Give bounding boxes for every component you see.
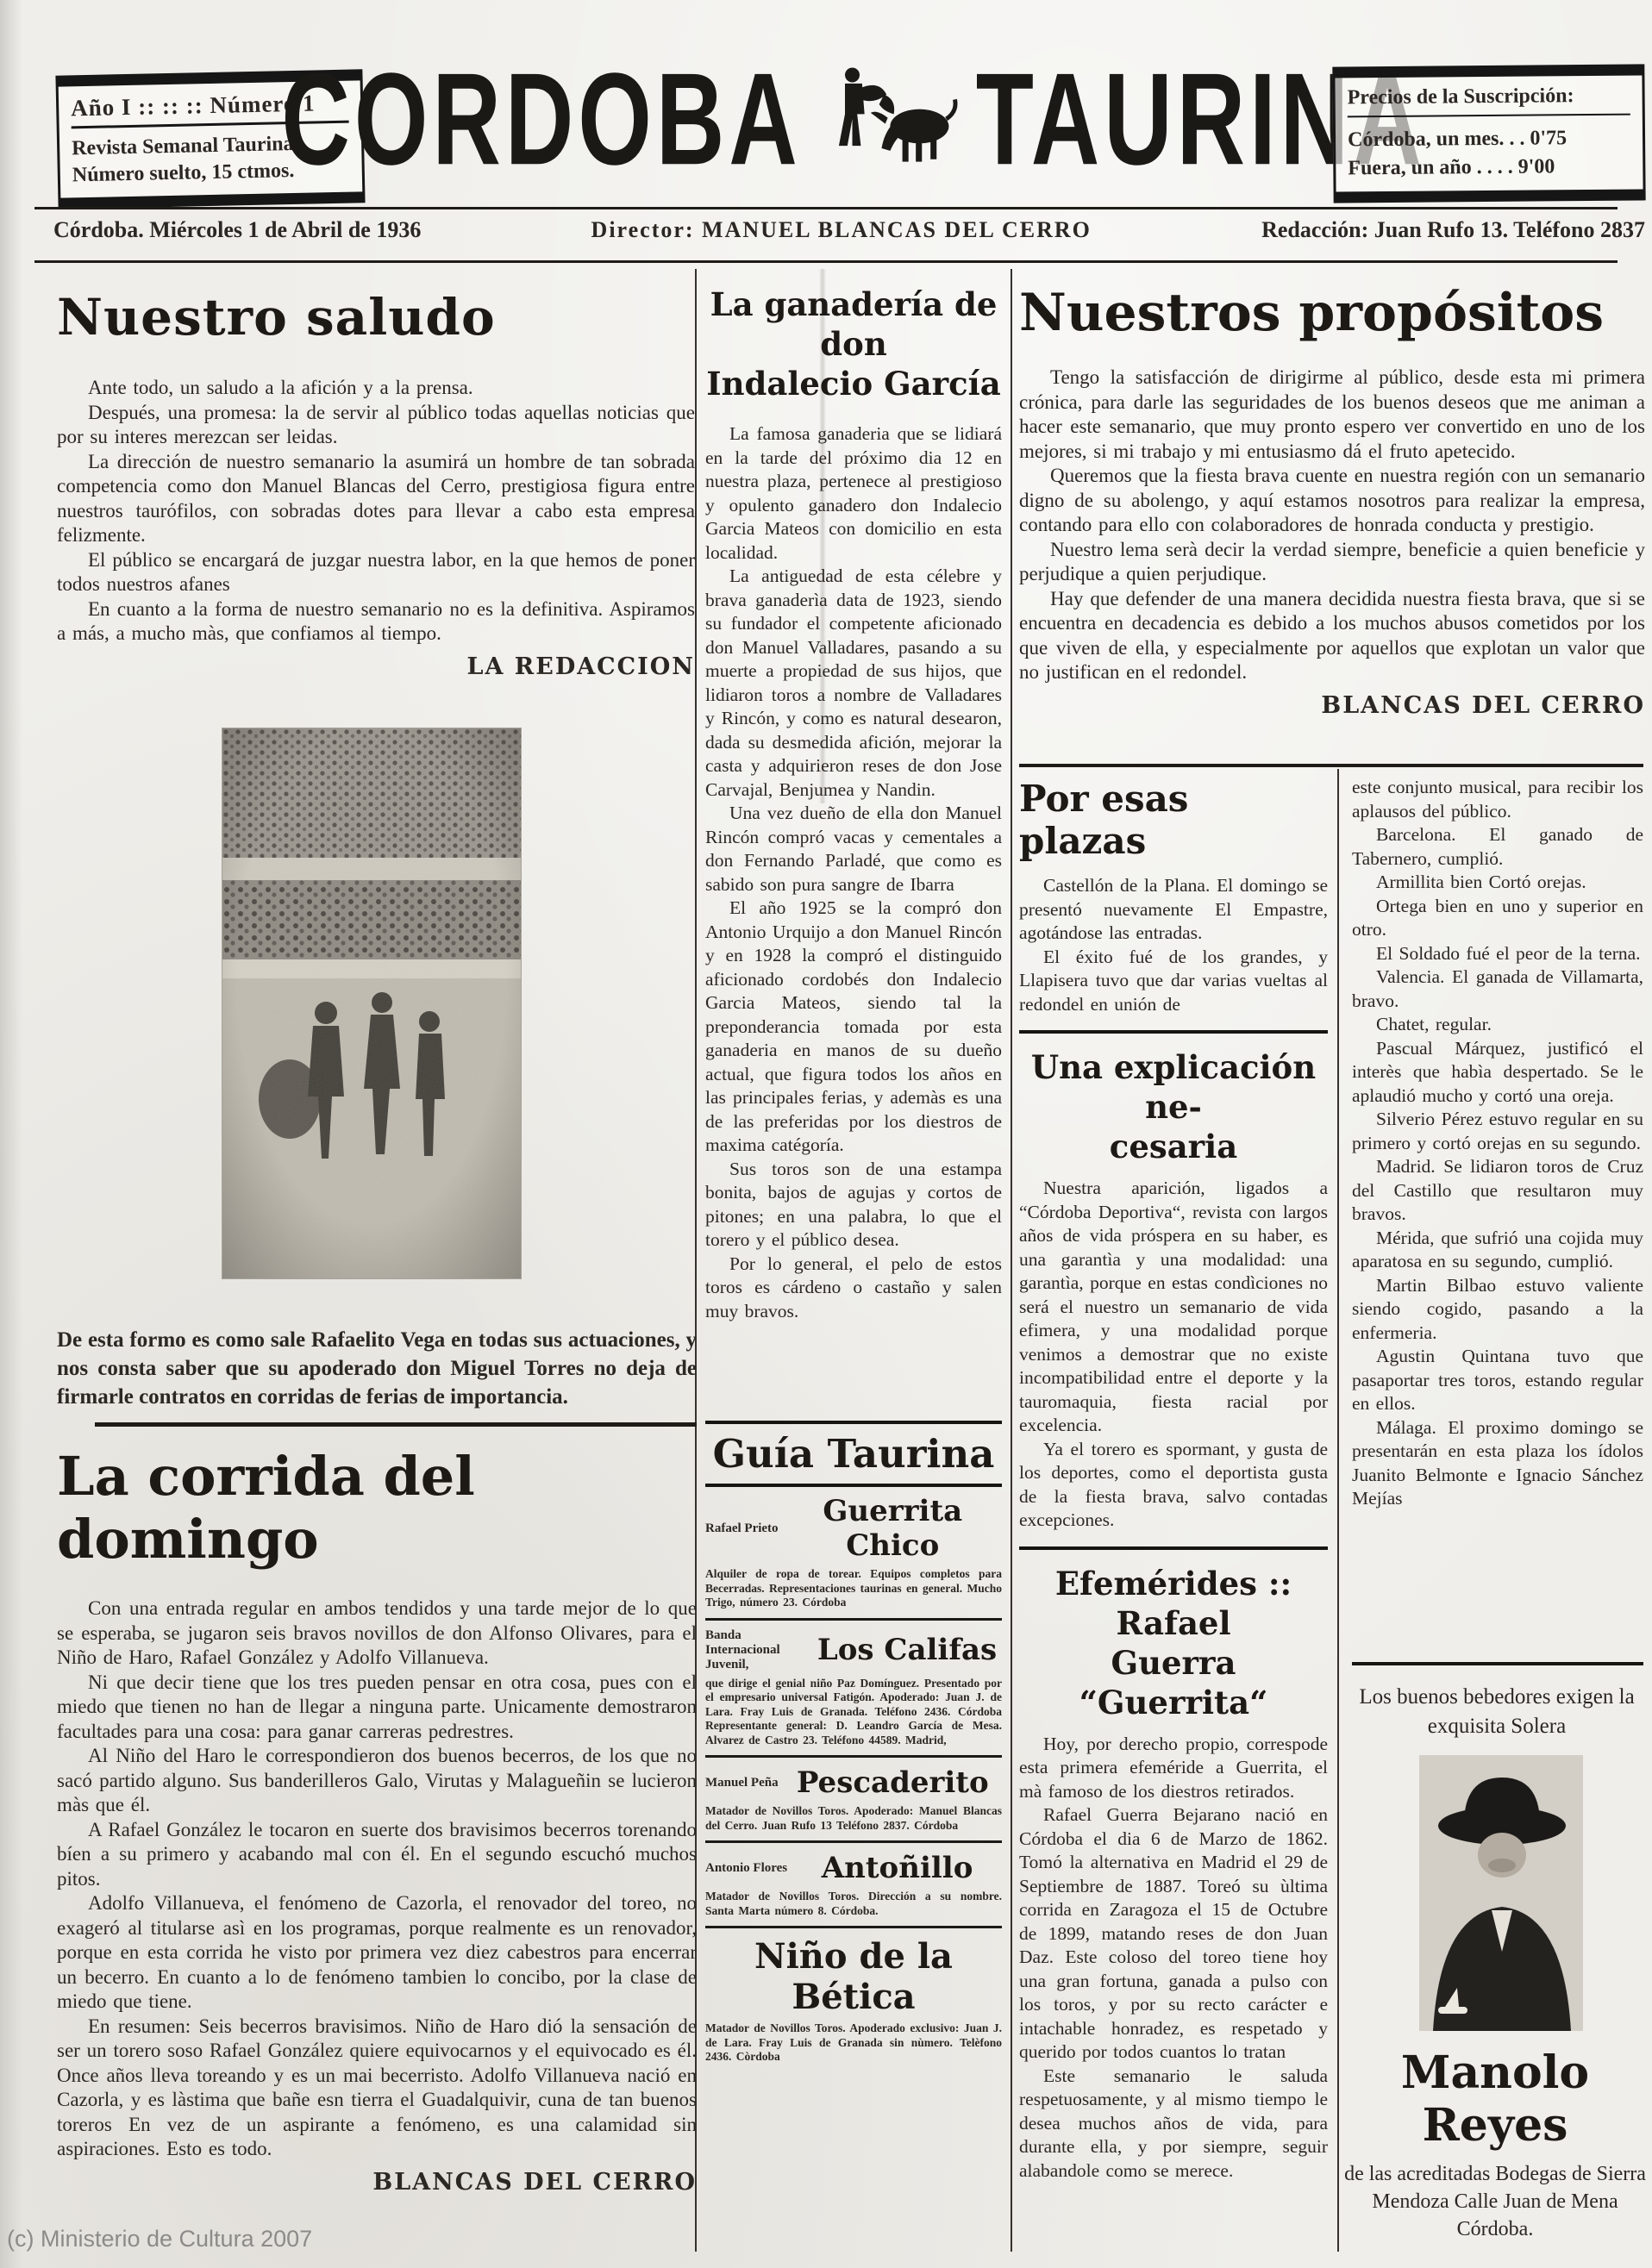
manolo-reyes-portrait (1419, 1755, 1583, 2031)
guia-entry-los-califas: Banda Internacional Juvenil, Los Califas… (705, 1628, 1002, 1748)
ad-lead: Rafael Prieto (705, 1521, 779, 1536)
explicacion-body: Nuestra aparición, ligados a “Córdoba De… (1019, 1177, 1328, 1533)
paragraph: este conjunto musical, para recibir los … (1352, 776, 1643, 823)
title-word-cordoba: CORDOBA (281, 43, 801, 194)
ad-body: que dirige el genial niño Paz Domínguez.… (705, 1677, 1002, 1748)
propositos-rule (1019, 764, 1643, 767)
paragraph: Madrid. Se lidiaron toros de Cruz del Ca… (1352, 1155, 1643, 1227)
ad-divider (705, 1618, 1002, 1621)
paragraph: Málaga. El proximo domingo se presentará… (1352, 1416, 1643, 1511)
photo-caption: De esta formo es como sale Rafaelito Veg… (57, 1326, 697, 1411)
article-body: Con una entrada regular en ambos tendido… (57, 1596, 697, 2162)
paragraph: Tengo la satisfacción de dirigirme al pú… (1019, 366, 1645, 464)
scan-credit: (c) Ministerio de Cultura 2007 (7, 2226, 312, 2252)
paragraph: Una vez dueño de ella don Manuel Rincón … (705, 802, 1002, 897)
paragraph: Ante todo, un saludo a la afición y a la… (57, 376, 695, 401)
title-line-1: Efemérides :: Rafael (1019, 1564, 1328, 1643)
paragraph: El público se encargará de juzgar nuestr… (57, 548, 695, 597)
paragraph: Ya el torero es spormant, y gusta de los… (1019, 1438, 1328, 1533)
paragraph: Mérida, que sufrió una cojida muy aparat… (1352, 1227, 1643, 1274)
price-line-fuera: Fuera, un año . . . . 9'00 (1348, 153, 1630, 184)
title-line-2: Indalecio García (705, 364, 1002, 403)
column-divider-2 (1011, 269, 1012, 2252)
header-rule-bottom (34, 260, 1618, 263)
ad-lead: Manuel Peña (705, 1776, 779, 1790)
plazas-body: Castellón de la Plana. El domingo se pre… (1019, 874, 1328, 1016)
solera-ad: Los buenos bebedores exigen la exquisita… (1345, 1683, 1649, 1741)
paragraph: Con una entrada regular en ambos tendido… (57, 1596, 697, 1671)
paragraph: Sus toros son de una estampa bonita, baj… (705, 1158, 1002, 1253)
efemerides-title: Efemérides :: Rafael Guerra “Guerrita“ (1019, 1564, 1328, 1722)
right-subcolumn-notes: este conjunto musical, para recibir los … (1352, 776, 1643, 1511)
bullring-photo (222, 728, 521, 1278)
left-section-rule (95, 1422, 697, 1427)
paragraph: Chatet, regular. (1352, 1013, 1643, 1037)
ad-lead: Antonio Flores (705, 1861, 787, 1876)
guia-entry-antonillo: Antonio Flores Antoñillo Matador de Novi… (705, 1851, 1002, 1918)
paragraph: Rafael Guerra Bejarano nació en Córdoba … (1019, 1803, 1328, 2065)
article-corrida-domingo: La corrida del domingo Con una entrada r… (57, 1445, 697, 2196)
plazas-title: Por esas plazas (1019, 778, 1328, 862)
paragraph: El año 1925 se la compró don Antonio Urq… (705, 897, 1002, 1158)
paragraph: Adolfo Villanueva, el fenómeno de Cazorl… (57, 1891, 697, 2015)
dateline-redaccion: Redacción: Juan Rufo 13. Teléfono 2837 (1261, 217, 1645, 243)
section-divider (1019, 1030, 1328, 1034)
paragraph: El Soldado fué el peor de la terna. (1352, 942, 1643, 966)
title-line-1: La ganadería de don (705, 284, 1002, 364)
paragraph: Martin Bilbao estuvo valiente siendo cog… (1352, 1274, 1643, 1346)
article-body: Tengo la satisfacción de dirigirme al pú… (1019, 366, 1645, 685)
paragraph: Agustin Quintana tuvo que pasaportar tre… (1352, 1345, 1643, 1416)
title-line-2: Guerra “Guerrita“ (1019, 1643, 1328, 1722)
paragraph: Queremos que la fiesta brava cuente en n… (1019, 464, 1645, 538)
article-title: La corrida del domingo (57, 1445, 697, 1571)
paragraph: Silverio Pérez estuvo regular en su prim… (1352, 1108, 1643, 1155)
guia-taurina-section: Guía Taurina Rafael Prieto Guerrita Chic… (705, 1414, 1002, 2065)
article-nuestro-saludo: Nuestro saludo Ante todo, un saludo a la… (57, 288, 695, 680)
plaza-notes: este conjunto musical, para recibir los … (1352, 776, 1643, 1511)
price-line-cordoba: Córdoba, un mes. . . 0'75 (1348, 124, 1630, 155)
solera-line-2: exquisita Solera (1345, 1712, 1649, 1741)
ad-header: Manuel Peña Pescaderito (705, 1765, 1002, 1800)
ad-body: Matador de Novillos Toros. Apoderado exc… (705, 2021, 1002, 2065)
section-divider (1019, 1546, 1328, 1550)
ad-body: Alquiler de ropa de torear. Equipos comp… (705, 1567, 1002, 1610)
paragraph: Al Niño del Haro le correspondieron dos … (57, 1744, 697, 1818)
ad-name: Guerrita Chico (784, 1494, 1002, 1563)
article-signature: BLANCAS DEL CERRO (1019, 692, 1645, 719)
matador-bull-icon (816, 54, 962, 184)
ad-divider (705, 1840, 1002, 1843)
guia-entry-pescaderito: Manuel Peña Pescaderito Matador de Novil… (705, 1765, 1002, 1833)
guia-entry-guerrita-chico: Rafael Prieto Guerrita Chico Alquiler de… (705, 1494, 1002, 1610)
paragraph: Pascual Márquez, justificó el interès qu… (1352, 1037, 1643, 1109)
ad-header: Antonio Flores Antoñillo (705, 1851, 1002, 1885)
paragraph: En cuanto a la forma de nuestro semanari… (57, 597, 695, 647)
ad-body: Matador de Novillos Toros. Dirección a s… (705, 1890, 1002, 1918)
dateline-date: Córdoba. Miércoles 1 de Abril de 1936 (53, 217, 421, 243)
paragraph: El éxito fué de los grandes, y Llapisera… (1019, 946, 1328, 1017)
guia-rule-bottom (705, 1484, 1002, 1487)
paragraph: A Rafael González le tocaron en suerte d… (57, 1818, 697, 1892)
paragraph: Hoy, por derecho propio, correspode esta… (1019, 1733, 1328, 1804)
prices-title: Precios de la Suscripción: (1348, 84, 1630, 118)
paragraph: Ortega bien en uno y superior en otro. (1352, 895, 1643, 942)
dateline-director: Director: MANUEL BLANCAS DEL CERRO (591, 217, 1092, 243)
header-rule-top (34, 207, 1618, 209)
title-line-2: cesaria (1019, 1127, 1328, 1166)
ad-name: Pescaderito (784, 1765, 1002, 1800)
paragraph: Barcelona. El ganado de Tabernero, cumpl… (1352, 823, 1643, 871)
ad-name: Los Califas (812, 1633, 1002, 1667)
paragraph: En resumen: Seis becerros bravisimos. Ni… (57, 2015, 697, 2162)
paragraph: Castellón de la Plana. El domingo se pre… (1019, 874, 1328, 946)
ad-divider (705, 1926, 1002, 1928)
manolo-body: de las acreditadas Bodegas de Sierra Men… (1342, 2160, 1649, 2243)
article-ganaderia: La ganadería de don Indalecio García La … (705, 284, 1002, 1323)
ad-name: Niño de la Bética (705, 1936, 1002, 2017)
paragraph: Nuestra aparición, ligados a “Córdoba De… (1019, 1177, 1328, 1438)
ad-header: Rafael Prieto Guerrita Chico (705, 1494, 1002, 1563)
paragraph: Este semanario le saluda respetuosamente… (1019, 2065, 1328, 2184)
title-line-1: Una explicación ne- (1019, 1047, 1328, 1127)
ad-name: Antoñillo (792, 1851, 1002, 1885)
article-signature: BLANCAS DEL CERRO (57, 2169, 697, 2196)
paragraph: Nuestro lema serà decir la verdad siempr… (1019, 538, 1645, 587)
notes-divider (1352, 1662, 1643, 1665)
paragraph: Ni que decir tiene que los tres pueden p… (57, 1671, 697, 1745)
paragraph: Hay que defender de una manera decidida … (1019, 587, 1645, 685)
guia-entry-nino-betica: Niño de la Bética Matador de Novillos To… (705, 1936, 1002, 2065)
article-body: Ante todo, un saludo a la afición y a la… (57, 376, 695, 647)
efemerides-body: Hoy, por derecho propio, correspode esta… (1019, 1733, 1328, 2184)
guia-title: Guía Taurina (705, 1431, 1002, 1477)
solera-line-1: Los buenos bebedores exigen la (1345, 1683, 1649, 1712)
ad-lead: Banda Internacional Juvenil, (705, 1628, 807, 1672)
paragraph: Armillita bien Cortó orejas. (1352, 871, 1643, 895)
ad-divider (705, 1755, 1002, 1758)
ad-body: Matador de Novillos Toros. Apoderado: Ma… (705, 1804, 1002, 1833)
article-body: La famosa ganaderia que se lidiará en la… (705, 422, 1002, 1323)
paragraph: Después, una promesa: la de servir al pú… (57, 401, 695, 450)
article-title: Nuestros propósitos (1019, 283, 1645, 343)
article-title: Nuestro saludo (57, 288, 695, 347)
guia-rule-top (705, 1421, 1002, 1424)
dateline: Córdoba. Miércoles 1 de Abril de 1936 Di… (53, 217, 1645, 243)
photo-caption-text: De esta formo es como sale Rafaelito Veg… (57, 1326, 697, 1411)
manolo-reyes-ad: Manolo Reyes de las acreditadas Bodegas … (1342, 2034, 1649, 2243)
ad-header: Banda Internacional Juvenil, Los Califas (705, 1628, 1002, 1672)
paragraph: La antiguedad de esta célebre y brava ga… (705, 565, 1002, 802)
masthead-title: CORDOBA TAURINA (392, 41, 1315, 197)
newspaper-page: Año I :: :: :: Número 1 Revista Semanal … (0, 0, 1652, 2268)
paragraph: La famosa ganaderia que se lidiará en la… (705, 422, 1002, 565)
paragraph: Por lo general, el pelo de estos toros e… (705, 1253, 1002, 1324)
column-divider-3 (1337, 769, 1339, 2252)
article-signature: LA REDACCION (57, 653, 695, 680)
paragraph: Valencia. El ganada de Villamarta, bravo… (1352, 965, 1643, 1013)
article-title: La ganadería de don Indalecio García (705, 284, 1002, 403)
right-subcolumn-a: Por esas plazas Castellón de la Plana. E… (1019, 778, 1328, 2183)
masthead-prices-box: Precios de la Suscripción: Córdoba, un m… (1332, 64, 1645, 203)
paragraph: La dirección de nuestro semanario la asu… (57, 450, 695, 548)
manolo-name: Manolo Reyes (1342, 2046, 1649, 2152)
article-nuestros-propositos: Nuestros propósitos Tengo la satisfacció… (1019, 283, 1645, 719)
explicacion-title: Una explicación ne- cesaria (1019, 1047, 1328, 1166)
